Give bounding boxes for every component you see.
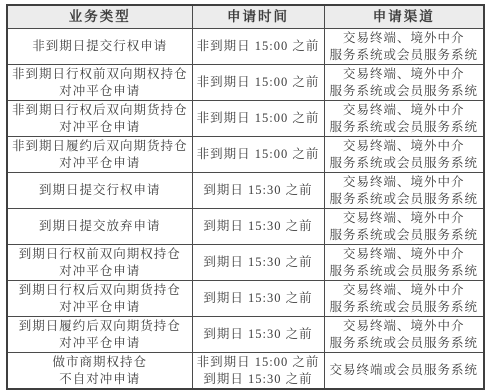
- apply-channel-cell: 交易终端或会员服务系统: [324, 353, 484, 390]
- apply-time-cell: 到期日 15:30 之前: [192, 245, 324, 281]
- apply-channel-cell: 交易终端、境外中介 服务系统或会员服务系统: [324, 101, 484, 137]
- document-page: 业务类型 申请时间 申请渠道 非到期日提交行权申请 非到期日 15:00 之前 …: [0, 0, 488, 392]
- table-row: 到期日履约后双向期货持仓 对冲平仓申请 到期日 15:30 之前 交易终端、境外…: [7, 317, 484, 353]
- column-header-business-type: 业务类型: [7, 5, 192, 29]
- business-type-cell: 非到期日行权前双向期权持仓 对冲平仓申请: [7, 65, 192, 101]
- table-row: 到期日提交放弃申请 到期日 15:30 之前 交易终端、境外中介 服务系统或会员…: [7, 209, 484, 245]
- apply-channel-cell: 交易终端、境外中介 服务系统或会员服务系统: [324, 209, 484, 245]
- business-type-cell: 非到期日履约后双向期货持仓 对冲平仓申请: [7, 137, 192, 173]
- business-type-cell: 到期日履约后双向期货持仓 对冲平仓申请: [7, 317, 192, 353]
- apply-time-cell: 非到期日 15:00 之前: [192, 137, 324, 173]
- column-header-apply-channel: 申请渠道: [324, 5, 484, 29]
- apply-time-cell: 到期日 15:30 之前: [192, 317, 324, 353]
- table-row: 非到期日提交行权申请 非到期日 15:00 之前 交易终端、境外中介 服务系统或…: [7, 29, 484, 65]
- apply-channel-cell: 交易终端、境外中介 服务系统或会员服务系统: [324, 245, 484, 281]
- apply-time-cell: 非到期日 15:00 之前: [192, 29, 324, 65]
- apply-time-cell: 非到期日 15:00 之前 到期日 15:30 之前: [192, 353, 324, 390]
- business-type-cell: 到期日行权后双向期货持仓 对冲平仓申请: [7, 281, 192, 317]
- apply-time-cell: 到期日 15:30 之前: [192, 281, 324, 317]
- apply-channel-cell: 交易终端、境外中介 服务系统或会员服务系统: [324, 65, 484, 101]
- business-type-cell: 做市商期权持仓 不自对冲申请: [7, 353, 192, 390]
- apply-channel-cell: 交易终端、境外中介 服务系统或会员服务系统: [324, 281, 484, 317]
- apply-channel-cell: 交易终端、境外中介 服务系统或会员服务系统: [324, 317, 484, 353]
- business-type-cell: 到期日行权前双向期权持仓 对冲平仓申请: [7, 245, 192, 281]
- apply-channel-cell: 交易终端、境外中介 服务系统或会员服务系统: [324, 137, 484, 173]
- business-type-cell: 非到期日提交行权申请: [7, 29, 192, 65]
- apply-time-cell: 非到期日 15:00 之前: [192, 101, 324, 137]
- options-business-table: 业务类型 申请时间 申请渠道 非到期日提交行权申请 非到期日 15:00 之前 …: [6, 4, 485, 390]
- header-row: 业务类型 申请时间 申请渠道: [7, 5, 484, 29]
- apply-time-cell: 到期日 15:30 之前: [192, 173, 324, 209]
- table-row: 到期日行权后双向期货持仓 对冲平仓申请 到期日 15:30 之前 交易终端、境外…: [7, 281, 484, 317]
- table-row: 到期日提交行权申请 到期日 15:30 之前 交易终端、境外中介 服务系统或会员…: [7, 173, 484, 209]
- apply-time-cell: 非到期日 15:00 之前: [192, 65, 324, 101]
- business-type-cell: 非到期日行权后双向期货持仓 对冲平仓申请: [7, 101, 192, 137]
- apply-channel-cell: 交易终端、境外中介 服务系统或会员服务系统: [324, 29, 484, 65]
- table-row: 非到期日履约后双向期货持仓 对冲平仓申请 非到期日 15:00 之前 交易终端、…: [7, 137, 484, 173]
- table-row: 做市商期权持仓 不自对冲申请 非到期日 15:00 之前 到期日 15:30 之…: [7, 353, 484, 390]
- apply-time-cell: 到期日 15:30 之前: [192, 209, 324, 245]
- table-row: 非到期日行权前双向期权持仓 对冲平仓申请 非到期日 15:00 之前 交易终端、…: [7, 65, 484, 101]
- business-type-cell: 到期日提交放弃申请: [7, 209, 192, 245]
- business-type-cell: 到期日提交行权申请: [7, 173, 192, 209]
- column-header-apply-time: 申请时间: [192, 5, 324, 29]
- table-row: 到期日行权前双向期权持仓 对冲平仓申请 到期日 15:30 之前 交易终端、境外…: [7, 245, 484, 281]
- apply-channel-cell: 交易终端、境外中介 服务系统或会员服务系统: [324, 173, 484, 209]
- table-row: 非到期日行权后双向期货持仓 对冲平仓申请 非到期日 15:00 之前 交易终端、…: [7, 101, 484, 137]
